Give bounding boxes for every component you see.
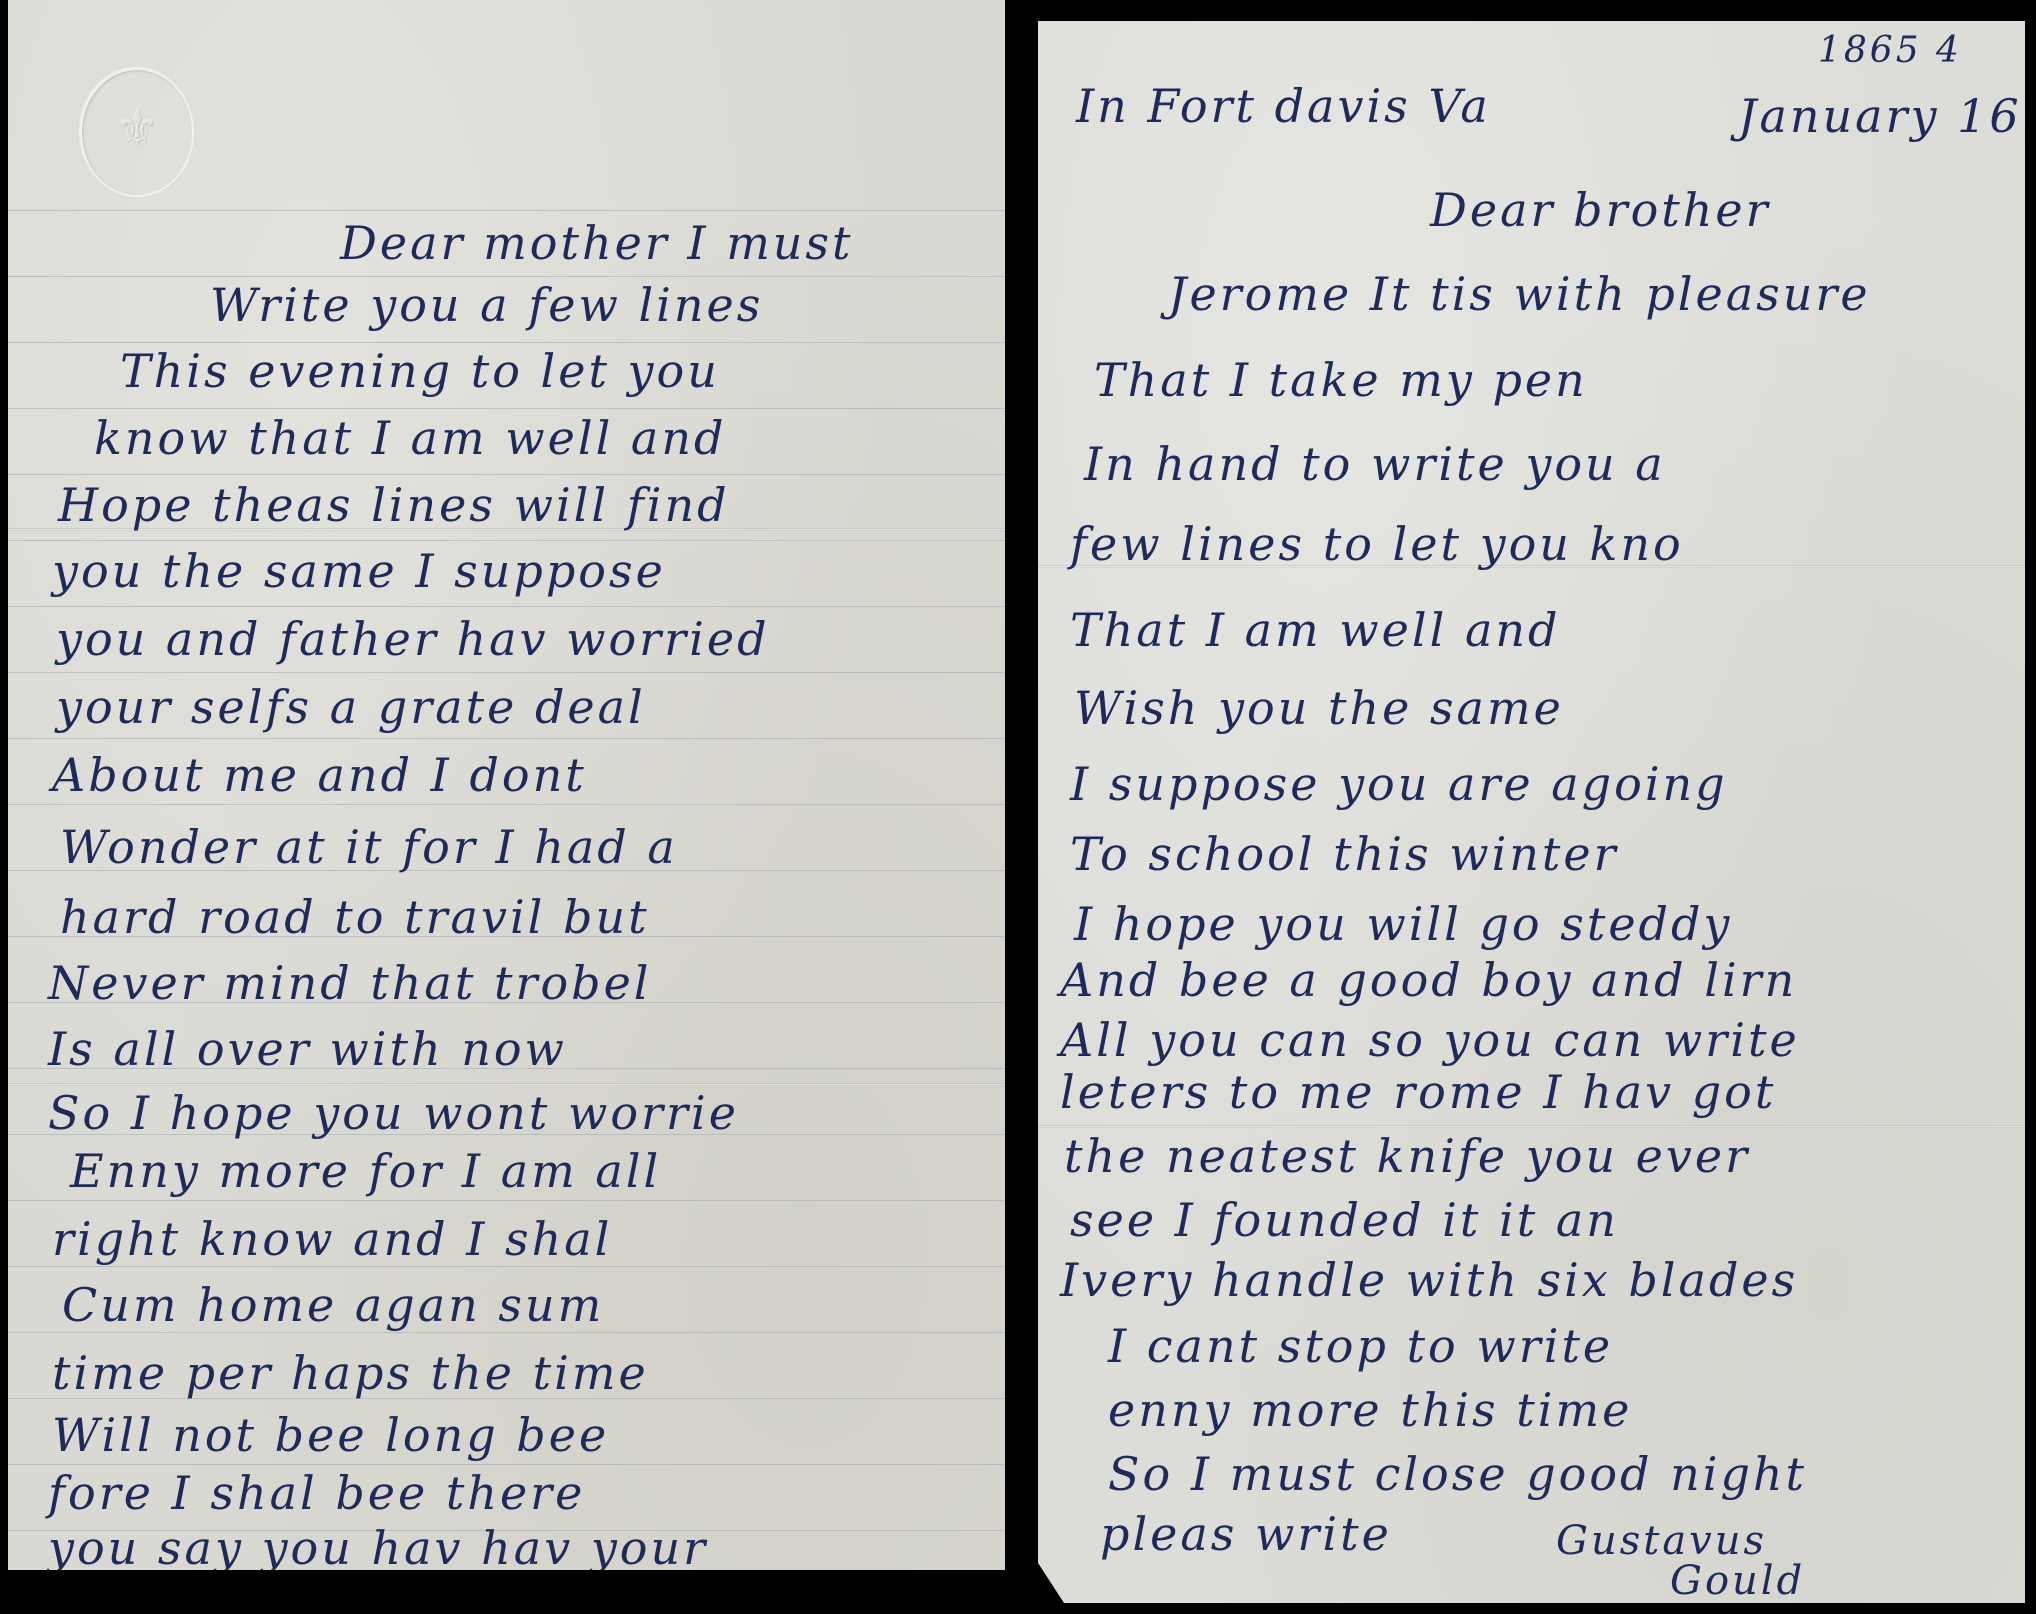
handwritten-line: That I am well and [1070,607,1560,653]
handwritten-line: In hand to write you a [1084,441,1666,487]
handwritten-line: the neatest knife you ever [1064,1133,1750,1179]
handwritten-line: And bee a good boy and lirn [1060,957,1797,1003]
embossed-seal-icon: ⚜ [80,68,194,197]
handwritten-line: So I hope you wont worrie [48,1090,739,1136]
handwritten-line: know that I am well and [94,415,726,461]
handwritten-line: About me and I dont [52,752,587,798]
handwritten-line: Dear brother [1430,187,1771,233]
letter-place: In Fort davis Va [1076,83,1491,129]
handwritten-line: time per haps the time [52,1350,649,1396]
ruled-line [8,606,1005,607]
handwritten-line: Ivery handle with six blades [1060,1257,1798,1303]
handwritten-line: I suppose you are agoing [1070,761,1728,807]
handwritten-line: pleas write [1100,1511,1392,1557]
handwritten-line: right know and I shal [52,1216,612,1262]
handwritten-line: Never mind that trobel [48,960,652,1006]
handwritten-line: you say you hav hav your [48,1525,708,1570]
handwritten-line: All you can so you can write [1060,1017,1800,1063]
handwritten-line: Wish you the same [1074,685,1564,731]
letter-page-left: ⚜ Dear mother I mustWrite you a few line… [8,0,1005,1570]
handwritten-line: This evening to let you [120,348,720,394]
ruled-line [8,672,1005,673]
ruled-line [8,408,1005,409]
handwritten-line: Cum home agan sum [62,1282,604,1328]
fleur-de-lis-icon: ⚜ [82,100,192,156]
ruled-line [8,1332,1005,1333]
ruled-line [8,1266,1005,1267]
letter-date: January 16 [1738,93,2022,139]
ruled-line [8,210,1005,211]
handwritten-line: To school this winter [1070,831,1619,877]
fold-crease [1038,1125,2025,1128]
ruled-line [8,474,1005,475]
handwritten-line: Wonder at it for I had a [60,824,678,870]
handwritten-line: Will not bee long bee [52,1412,609,1458]
handwritten-line: Hope theas lines will find [58,482,730,528]
handwritten-line: Jerome It tis with pleasure [1168,271,1871,317]
ruled-line [8,342,1005,343]
handwritten-line: I hope you will go steddy [1074,901,1732,947]
signature-last-name: Gould [1670,1561,1805,1601]
handwritten-line: leters to me rome I hav got [1060,1069,1776,1115]
handwritten-line: Dear mother I must [340,220,854,266]
letter-page-right: In Fort davis Va 1865 4 January 16 Dear … [1038,21,2025,1603]
ruled-line [8,804,1005,805]
handwritten-line: fore I shal bee there [48,1470,585,1516]
ruled-line [8,276,1005,277]
handwritten-line: few lines to let you kno [1070,521,1684,567]
handwritten-line: That I take my pen [1094,357,1588,403]
handwritten-line: your selfs a grate deal [56,684,646,730]
handwritten-line: see I founded it it an [1070,1197,1619,1243]
ruled-line [8,1464,1005,1465]
letter-year: 1865 4 [1818,33,1962,69]
ruled-line [8,1200,1005,1201]
signature-first-name: Gustavus [1556,1521,1767,1561]
handwritten-line: Is all over with now [48,1026,567,1072]
ruled-line [8,738,1005,739]
handwritten-line: I cant stop to write [1108,1323,1613,1369]
handwritten-line: hard road to travil but [60,894,650,940]
handwritten-line: you the same I suppose [52,548,666,594]
handwritten-line: Write you a few lines [210,282,763,328]
ruled-line [8,540,1005,541]
handwritten-line: Enny more for I am all [70,1148,661,1194]
handwritten-line: So I must close good night [1108,1451,1807,1497]
handwritten-line: enny more this time [1108,1387,1632,1433]
handwritten-line: you and father hav worried [56,616,770,662]
